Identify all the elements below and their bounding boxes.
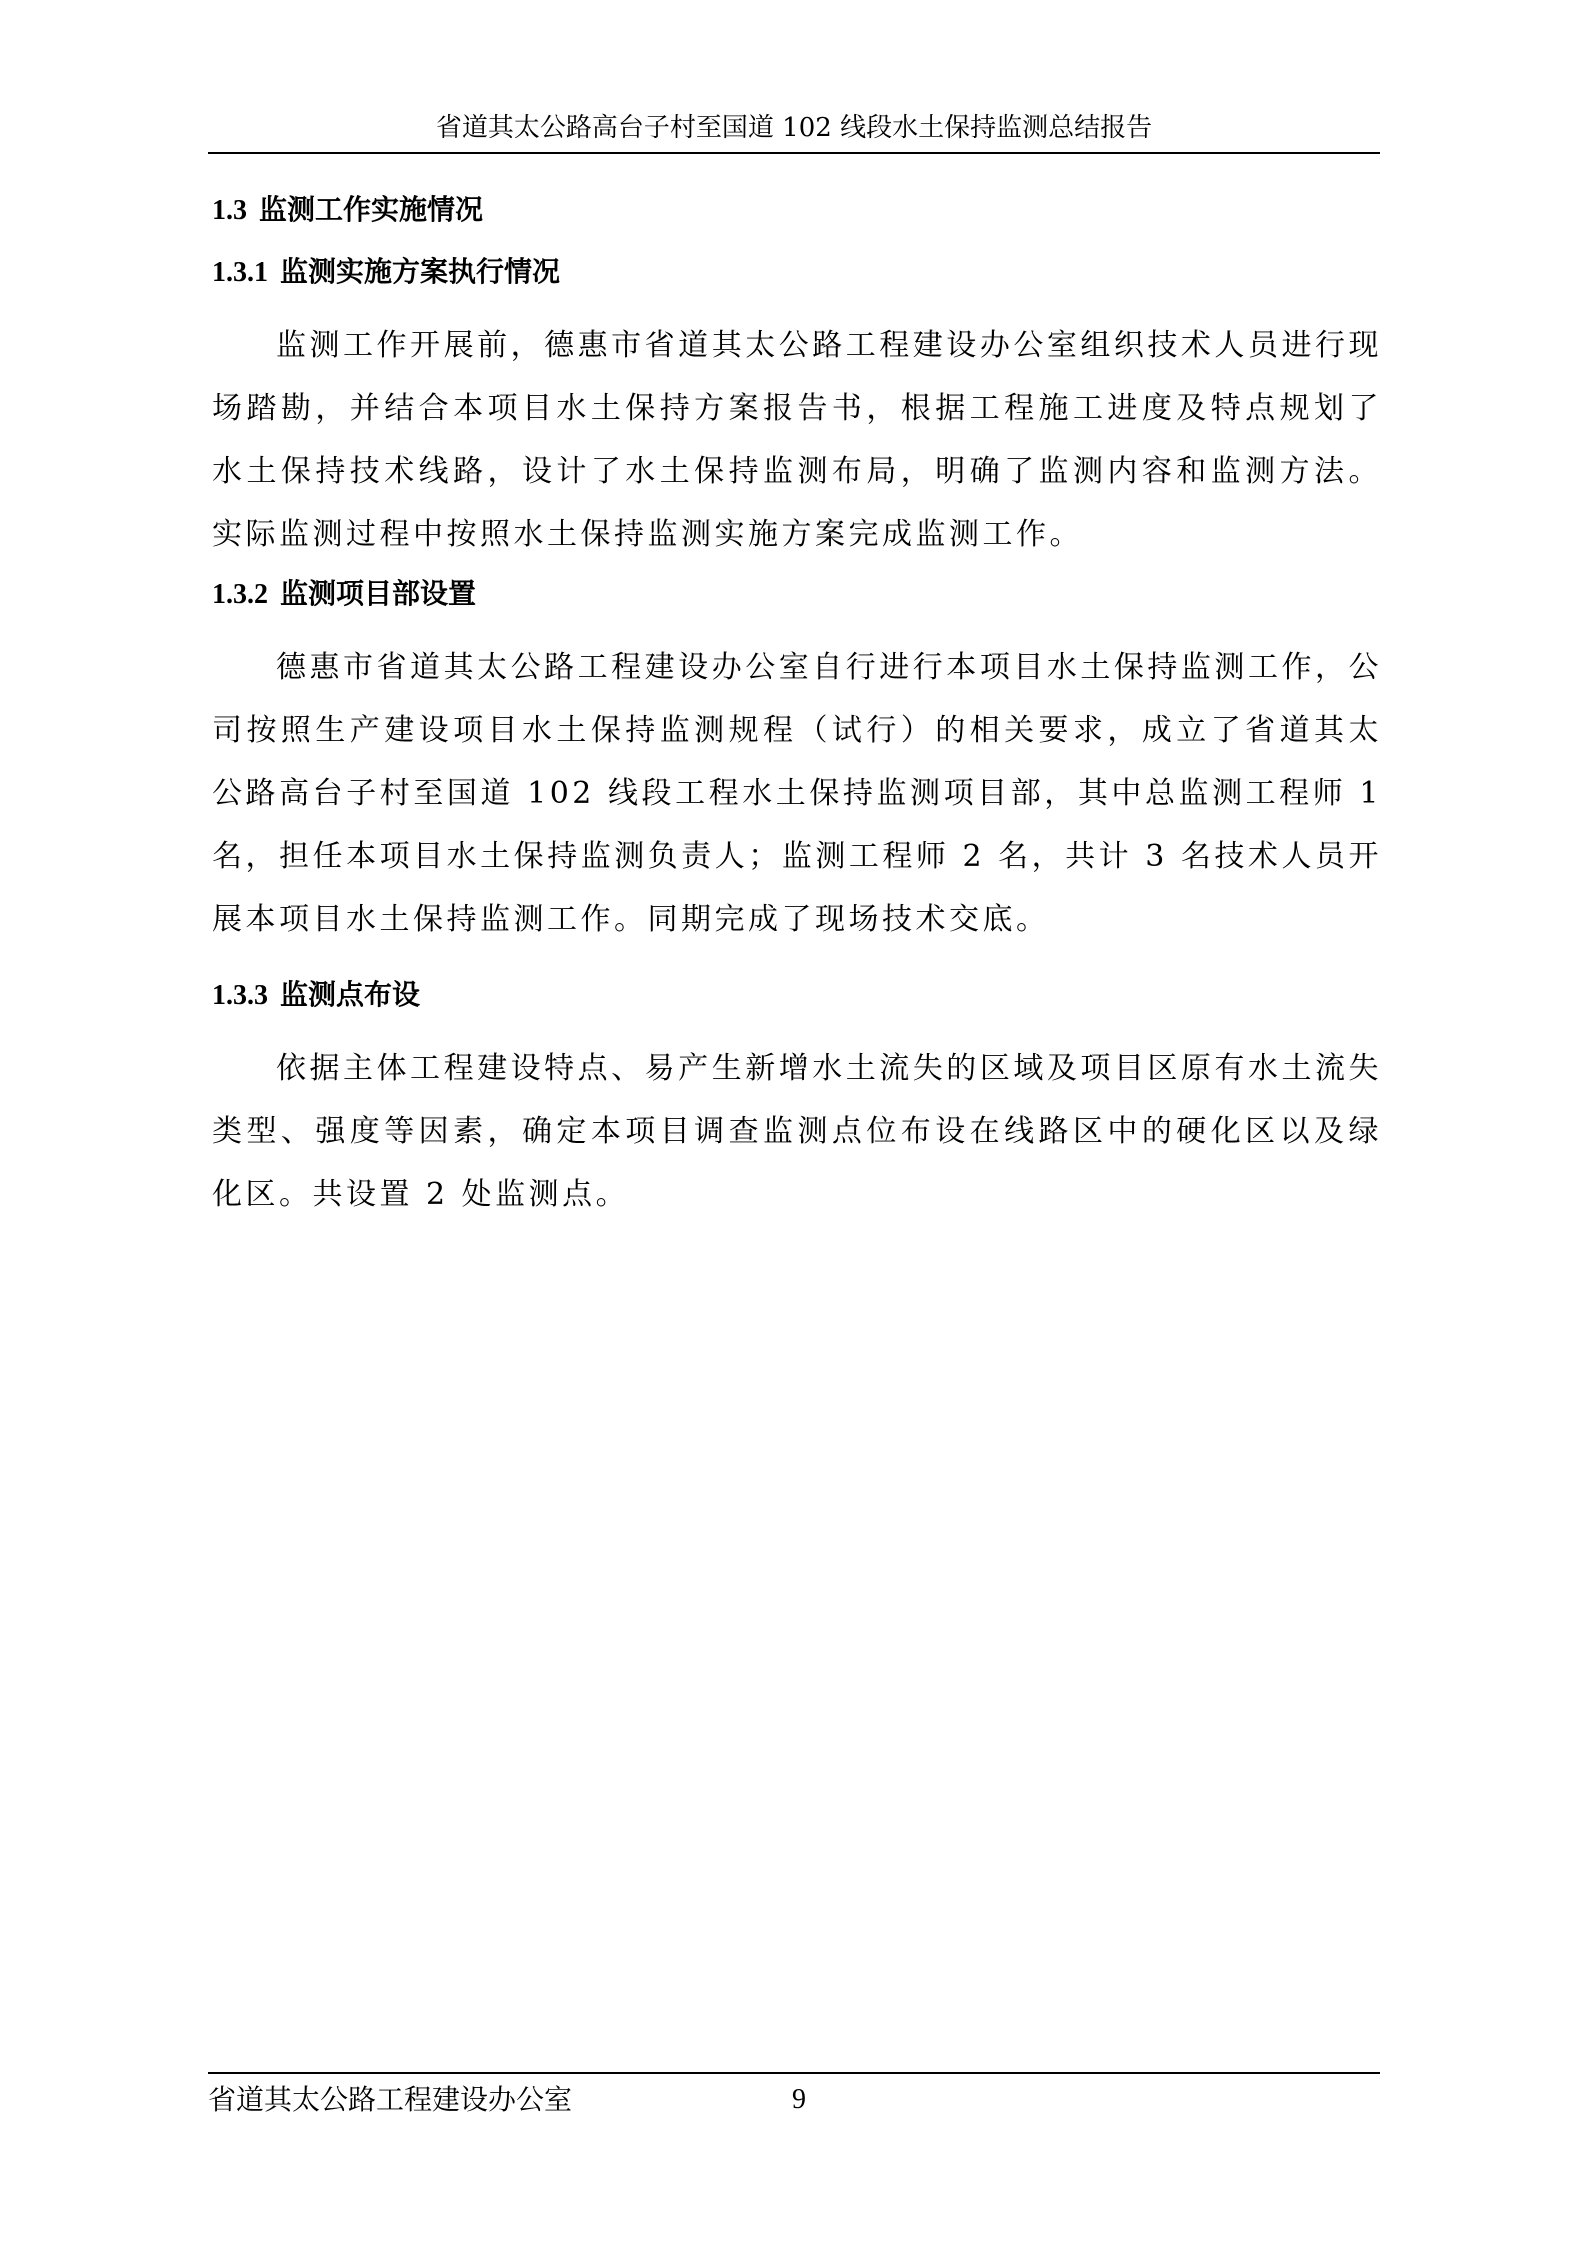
section-heading-1-3-3: 1.3.3监测点布设 <box>212 975 1382 1015</box>
section-number: 1.3.1 <box>212 257 268 288</box>
page-header: 省道其太公路高台子村至国道 102 线段水土保持监测总结报告 <box>208 108 1380 154</box>
section-body-1-3-2: 德惠市省道其太公路工程建设办公室自行进行本项目水土保持监测工作，公司按照生产建设… <box>212 636 1382 951</box>
page-number: 9 <box>792 2078 806 2122</box>
section-number: 1.3.3 <box>212 980 268 1011</box>
section-heading-1-3: 1.3监测工作实施情况 <box>212 190 1382 230</box>
section-title: 监测实施方案执行情况 <box>280 255 560 288</box>
section-title: 监测点布设 <box>280 978 420 1011</box>
section-title: 监测工作实施情况 <box>259 193 483 226</box>
section-number: 1.3.2 <box>212 579 268 610</box>
section-number: 1.3 <box>212 195 247 226</box>
page-content: 1.3监测工作实施情况 1.3.1监测实施方案执行情况 监测工作开展前，德惠市省… <box>212 190 1382 1234</box>
footer-organization: 省道其太公路工程建设办公室 <box>208 2078 572 2122</box>
paragraph: 依据主体工程建设特点、易产生新增水土流失的区域及项目区原有水土流失类型、强度等因… <box>212 1037 1382 1226</box>
page-footer: 省道其太公路工程建设办公室 9 <box>208 2072 1380 2124</box>
spacer <box>212 959 1382 975</box>
section-body-1-3-3: 依据主体工程建设特点、易产生新增水土流失的区域及项目区原有水土流失类型、强度等因… <box>212 1037 1382 1226</box>
paragraph: 德惠市省道其太公路工程建设办公室自行进行本项目水土保持监测工作，公司按照生产建设… <box>212 636 1382 951</box>
report-title: 省道其太公路高台子村至国道 102 线段水土保持监测总结报告 <box>436 113 1152 143</box>
paragraph: 监测工作开展前，德惠市省道其太公路工程建设办公室组织技术人员进行现场踏勘，并结合… <box>212 314 1382 566</box>
section-body-1-3-1: 监测工作开展前，德惠市省道其太公路工程建设办公室组织技术人员进行现场踏勘，并结合… <box>212 314 1382 566</box>
section-title: 监测项目部设置 <box>280 577 476 610</box>
section-heading-1-3-2: 1.3.2监测项目部设置 <box>212 574 1382 614</box>
section-heading-1-3-1: 1.3.1监测实施方案执行情况 <box>212 252 1382 292</box>
